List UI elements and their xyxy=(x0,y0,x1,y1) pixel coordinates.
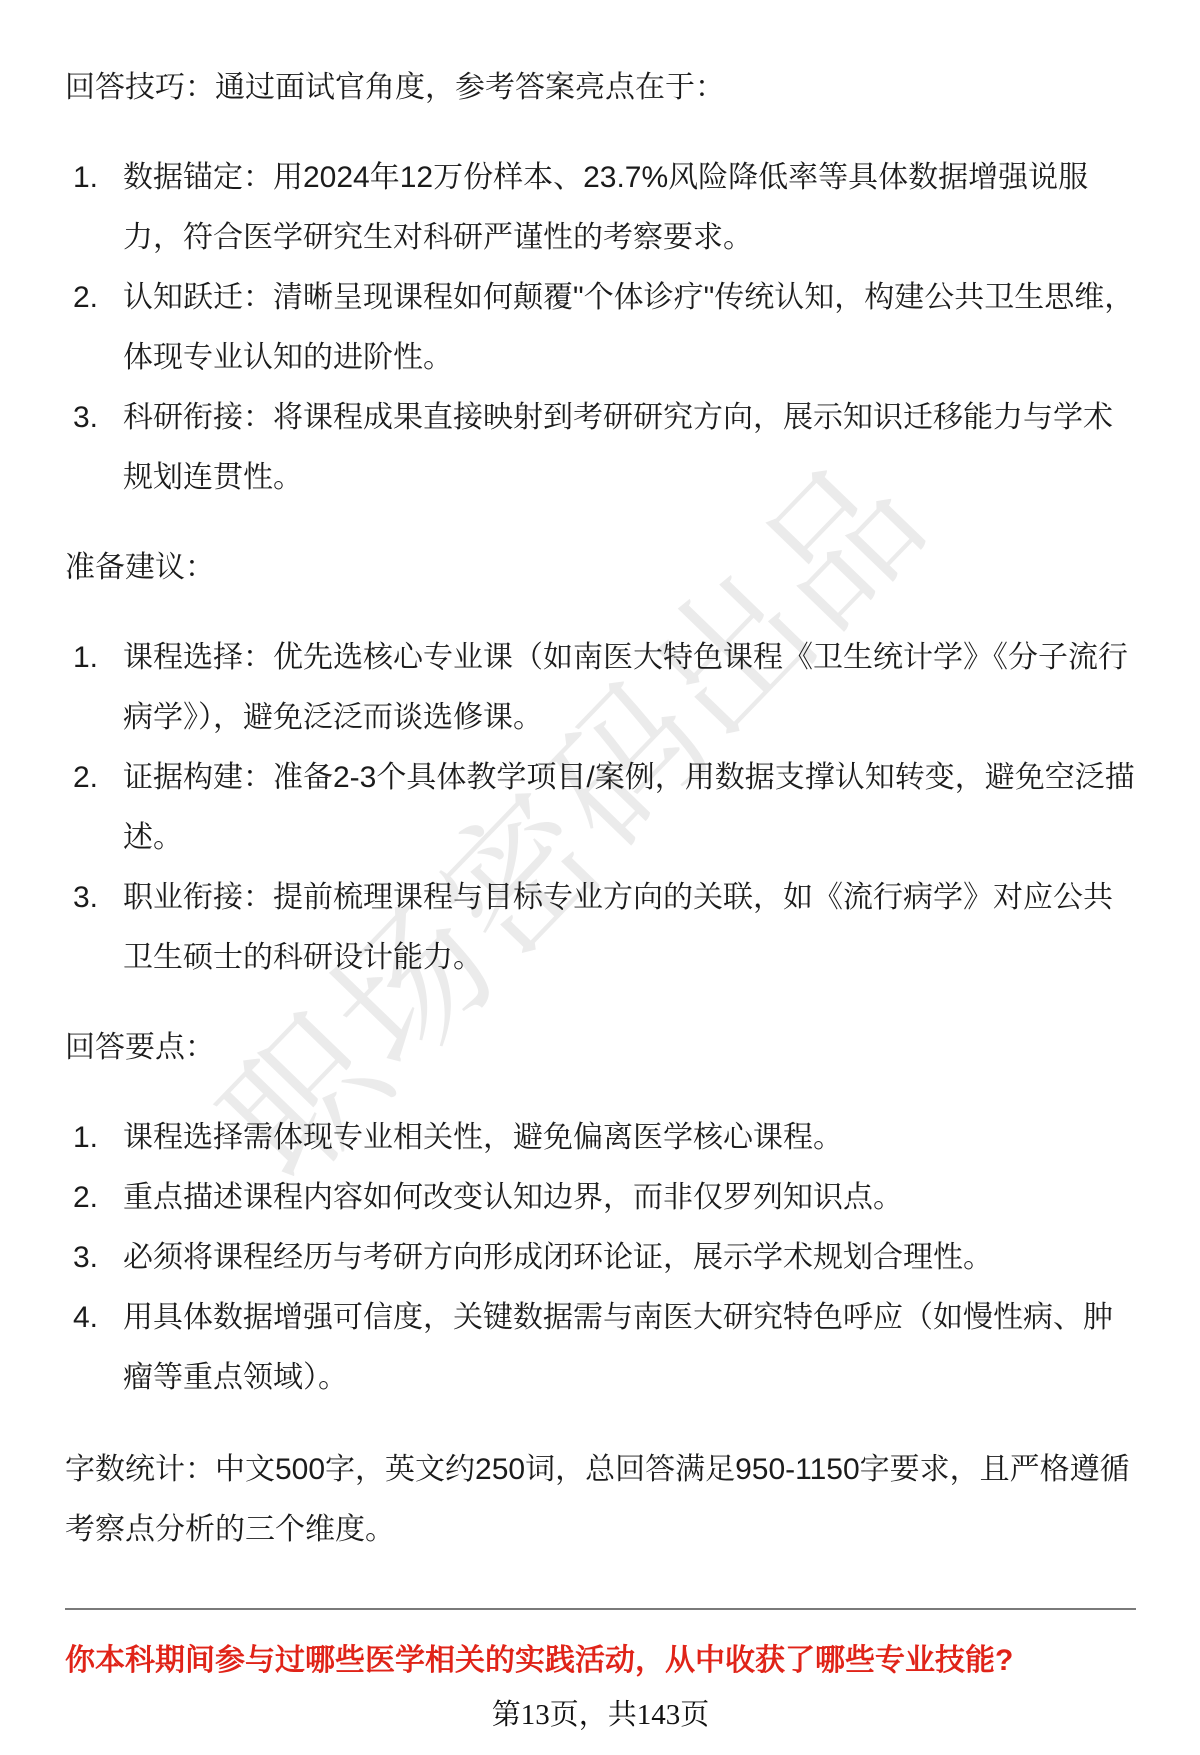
page-content: 回答技巧：通过面试官角度，参考答案亮点在于： 1. 数据锚定：用2024年12万… xyxy=(0,0,1200,1736)
divider-line xyxy=(65,1608,1136,1610)
technique-list: 1. 数据锚定：用2024年12万份样本、23.7%风险降低率等具体数据增强说服… xyxy=(65,148,1136,508)
list-text: 用具体数据增强可信度，关键数据需与南医大研究特色呼应（如慢性病、肿瘤等重点领域）… xyxy=(123,1288,1136,1408)
list-number: 1. xyxy=(65,628,123,748)
list-text: 科研衔接：将课程成果直接映射到考研研究方向，展示知识迁移能力与学术规划连贯性。 xyxy=(123,388,1136,508)
technique-intro: 回答技巧：通过面试官角度，参考答案亮点在于： xyxy=(65,58,1136,118)
list-text: 重点描述课程内容如何改变认知边界，而非仅罗列知识点。 xyxy=(123,1168,1136,1228)
page-number: 第13页，共143页 xyxy=(65,1694,1136,1736)
prep-list: 1. 课程选择：优先选核心专业课（如南医大特色课程《卫生统计学》《分子流行病学》… xyxy=(65,628,1136,988)
points-heading: 回答要点： xyxy=(65,1018,1136,1078)
list-text: 必须将课程经历与考研方向形成闭环论证，展示学术规划合理性。 xyxy=(123,1228,1136,1288)
list-number: 3. xyxy=(65,868,123,988)
list-text: 证据构建：准备2-3个具体教学项目/案例，用数据支撑认知转变，避免空泛描述。 xyxy=(123,748,1136,868)
list-text: 数据锚定：用2024年12万份样本、23.7%风险降低率等具体数据增强说服力，符… xyxy=(123,148,1136,268)
list-number: 3. xyxy=(65,1228,123,1288)
list-item: 2. 证据构建：准备2-3个具体教学项目/案例，用数据支撑认知转变，避免空泛描述… xyxy=(65,748,1136,868)
list-text: 认知跃迁：清晰呈现课程如何颠覆"个体诊疗"传统认知，构建公共卫生思维，体现专业认… xyxy=(123,268,1136,388)
list-number: 1. xyxy=(65,148,123,268)
list-item: 3. 职业衔接：提前梳理课程与目标专业方向的关联，如《流行病学》对应公共卫生硕士… xyxy=(65,868,1136,988)
list-number: 2. xyxy=(65,268,123,388)
list-number: 2. xyxy=(65,1168,123,1228)
list-item: 2. 重点描述课程内容如何改变认知边界，而非仅罗列知识点。 xyxy=(65,1168,1136,1228)
list-item: 1. 数据锚定：用2024年12万份样本、23.7%风险降低率等具体数据增强说服… xyxy=(65,148,1136,268)
prep-heading: 准备建议： xyxy=(65,538,1136,598)
list-text: 课程选择需体现专业相关性，避免偏离医学核心课程。 xyxy=(123,1108,1136,1168)
word-count-note: 字数统计：中文500字，英文约250词，总回答满足950-1150字要求，且严格… xyxy=(65,1440,1136,1560)
list-text: 课程选择：优先选核心专业课（如南医大特色课程《卫生统计学》《分子流行病学》），避… xyxy=(123,628,1136,748)
list-item: 4. 用具体数据增强可信度，关键数据需与南医大研究特色呼应（如慢性病、肿瘤等重点… xyxy=(65,1288,1136,1408)
list-number: 1. xyxy=(65,1108,123,1168)
list-number: 3. xyxy=(65,388,123,508)
points-list: 1. 课程选择需体现专业相关性，避免偏离医学核心课程。 2. 重点描述课程内容如… xyxy=(65,1108,1136,1408)
document-page: 职场密码出品 回答技巧：通过面试官角度，参考答案亮点在于： 1. 数据锚定：用2… xyxy=(0,0,1200,1755)
next-question-title: 你本科期间参与过哪些医学相关的实践活动，从中收获了哪些专业技能? xyxy=(65,1630,1136,1692)
list-item: 1. 课程选择：优先选核心专业课（如南医大特色课程《卫生统计学》《分子流行病学》… xyxy=(65,628,1136,748)
list-number: 4. xyxy=(65,1288,123,1408)
list-item: 3. 科研衔接：将课程成果直接映射到考研研究方向，展示知识迁移能力与学术规划连贯… xyxy=(65,388,1136,508)
list-item: 2. 认知跃迁：清晰呈现课程如何颠覆"个体诊疗"传统认知，构建公共卫生思维，体现… xyxy=(65,268,1136,388)
list-item: 1. 课程选择需体现专业相关性，避免偏离医学核心课程。 xyxy=(65,1108,1136,1168)
list-item: 3. 必须将课程经历与考研方向形成闭环论证，展示学术规划合理性。 xyxy=(65,1228,1136,1288)
list-number: 2. xyxy=(65,748,123,868)
list-text: 职业衔接：提前梳理课程与目标专业方向的关联，如《流行病学》对应公共卫生硕士的科研… xyxy=(123,868,1136,988)
